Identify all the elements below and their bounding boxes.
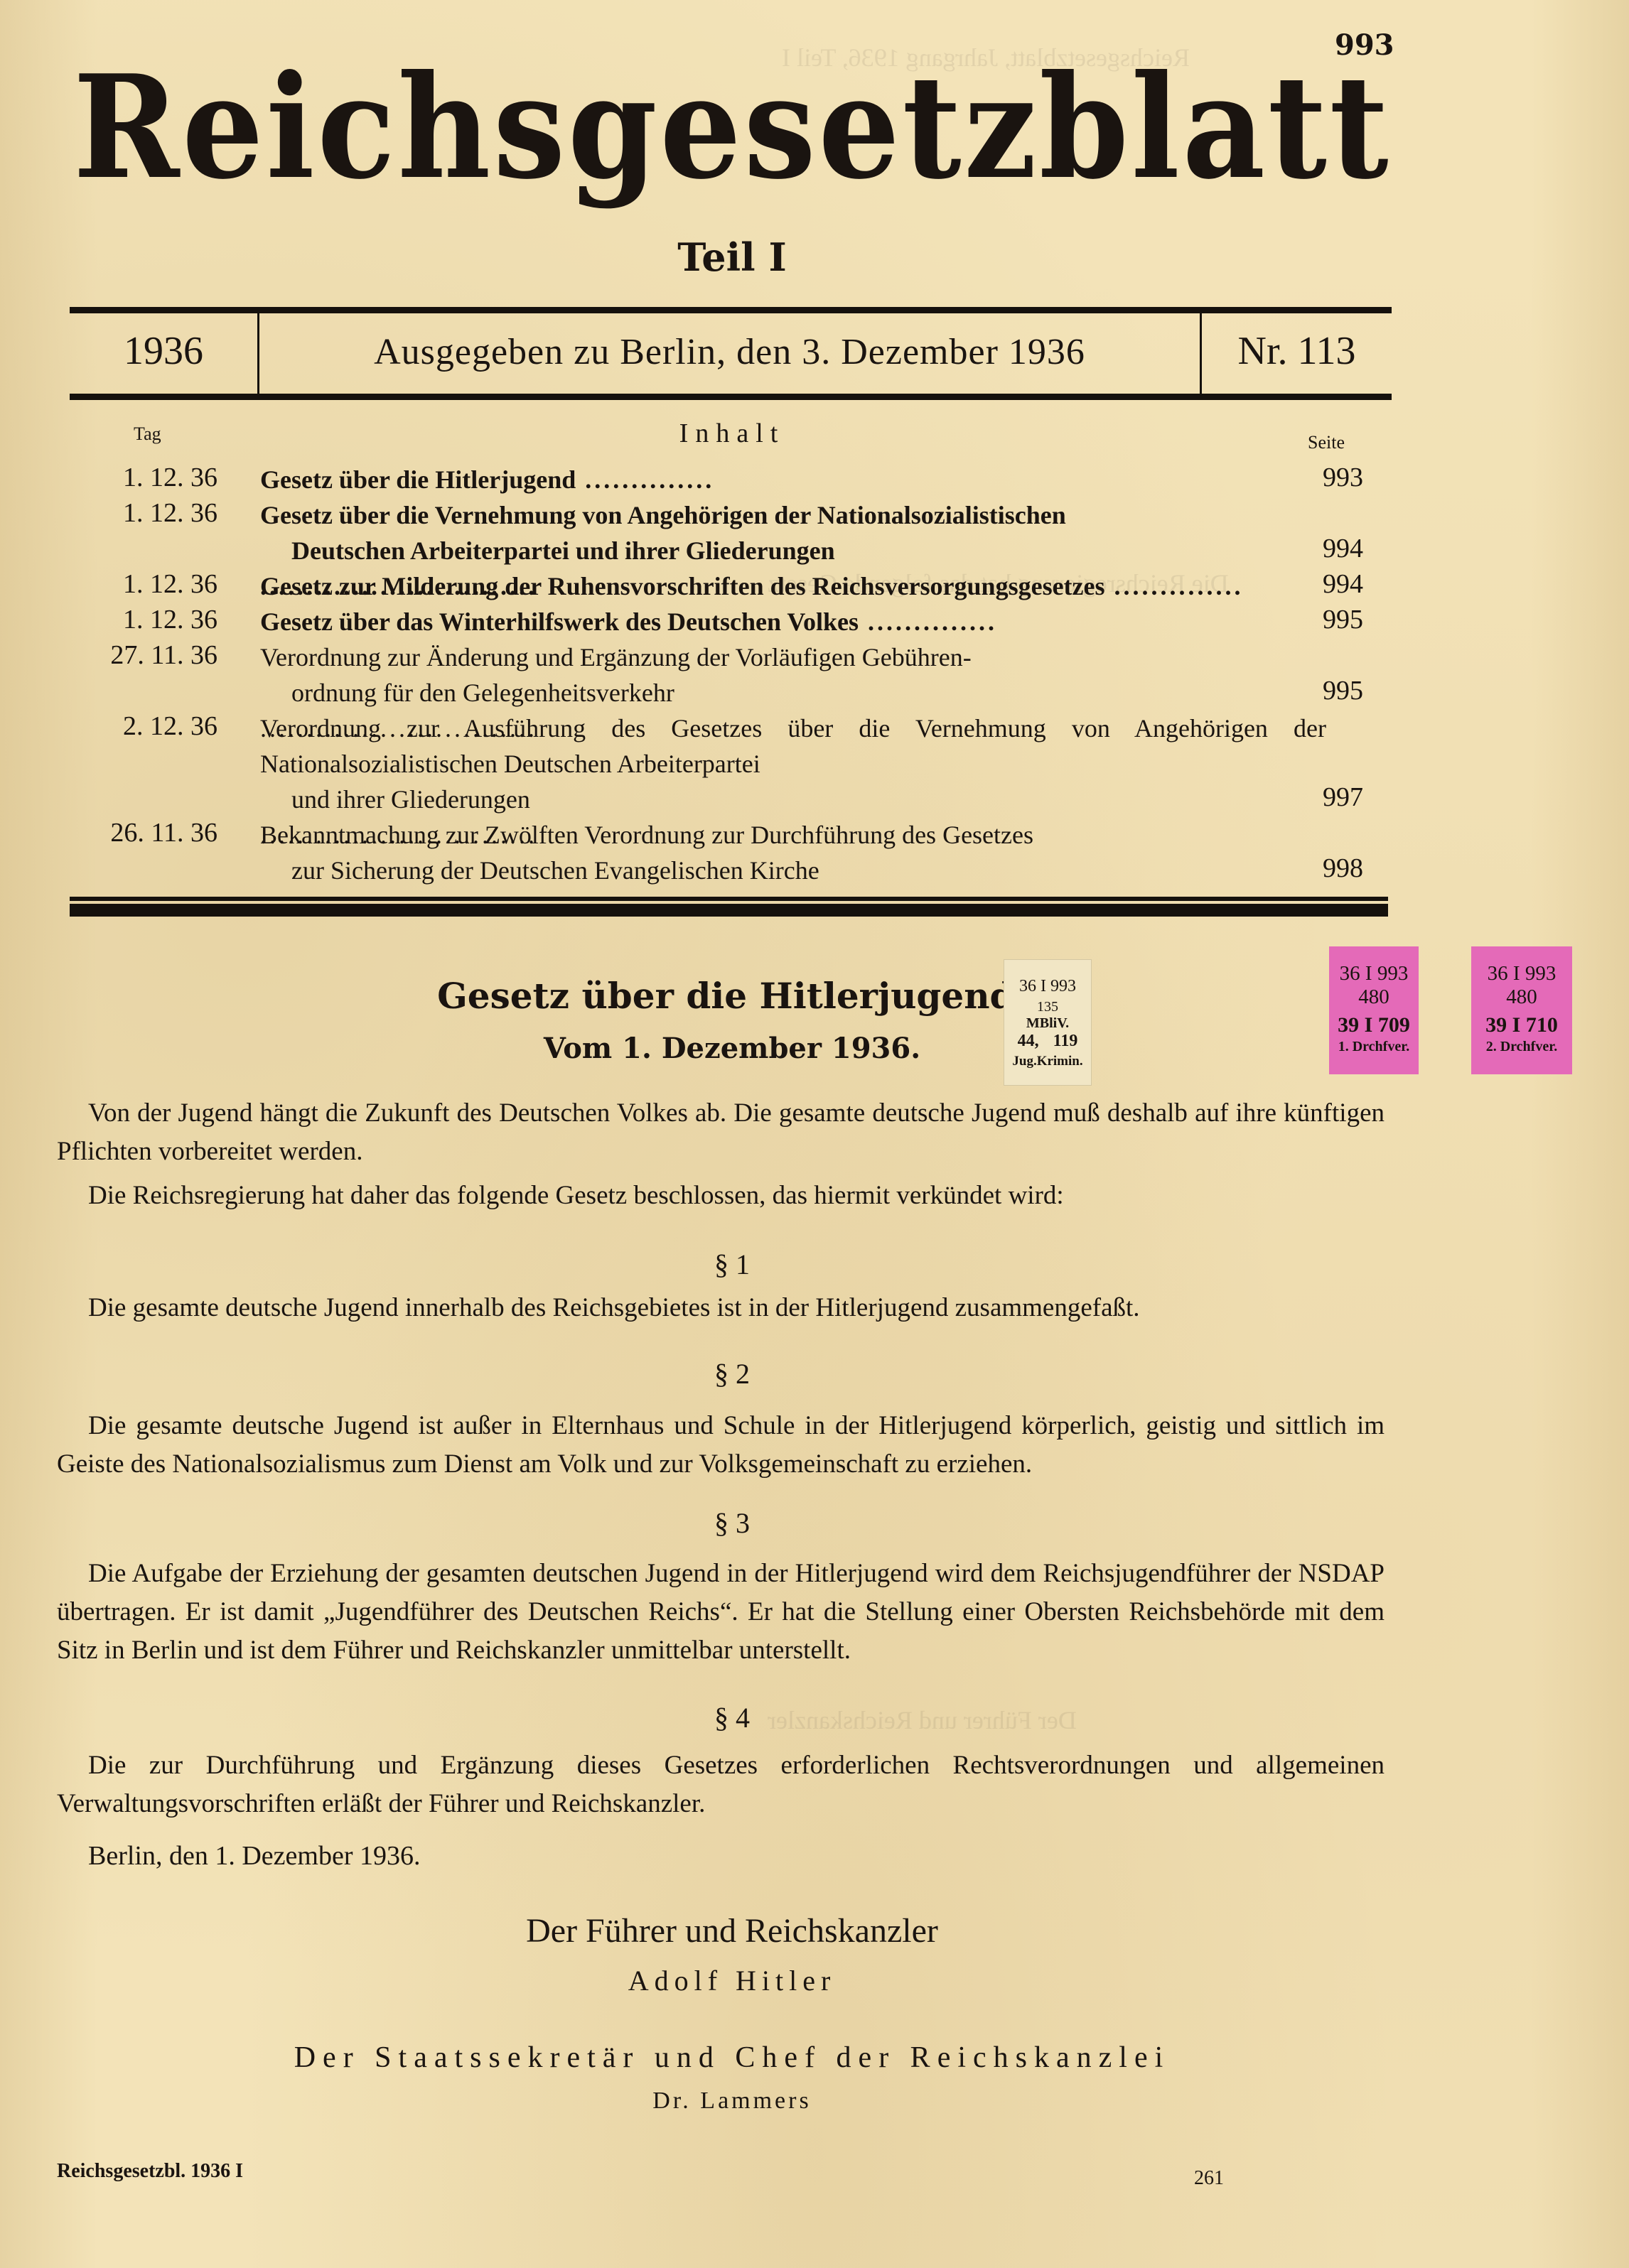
toc-entry-title-continuation: ordnung für den Gelegenheitsverkehr bbox=[260, 675, 1326, 711]
preamble-paragraph: Von der Jugend hängt die Zukunft des Deu… bbox=[57, 1094, 1385, 1171]
toc-entry-date: 1. 12. 36 bbox=[70, 568, 217, 600]
toc-entry-title: Gesetz über das Winterhilfswerk des Deut… bbox=[260, 604, 1326, 639]
stamp-line: MBliV. bbox=[1004, 1015, 1091, 1032]
section-text: Die zur Durchführung und Ergänzung diese… bbox=[57, 1746, 1385, 1823]
law-date: Vom 1. Dezember 1936. bbox=[0, 1032, 1464, 1065]
toc-entry-title: Gesetz zur Milderung der Ruhensvorschrif… bbox=[260, 568, 1326, 604]
separator-thick-rule bbox=[70, 904, 1388, 917]
toc-entry-page: 995 bbox=[1285, 604, 1363, 635]
toc-entry-title-text: Verordnung zur Änderung und Ergänzung de… bbox=[260, 643, 972, 671]
toc-entry-page: 995 bbox=[1285, 675, 1363, 706]
section-sign: § 2 bbox=[0, 1357, 1464, 1390]
issue-number: Nr. 113 bbox=[1202, 328, 1392, 374]
stamp-line: 39 I 710 bbox=[1471, 1013, 1572, 1037]
section-sign: § 1 bbox=[0, 1248, 1464, 1281]
toc-entry-title-continuation: Deutschen Arbeiterpartei und ihrer Glied… bbox=[260, 533, 1326, 568]
law-title: Gesetz über die Hitlerjugend. bbox=[0, 975, 1464, 1017]
signoff-place-date: Berlin, den 1. Dezember 1936. bbox=[88, 1840, 420, 1872]
toc-entry: 1. 12. 36Gesetz über die Vernehmung von … bbox=[70, 497, 1363, 568]
toc-entry: 2. 12. 36Verordnung zur Ausführung des G… bbox=[70, 711, 1363, 817]
preamble-paragraph: Die Reichsregierung hat daher das folgen… bbox=[57, 1177, 1385, 1215]
issue-date: Ausgegeben zu Berlin, den 3. Dezember 19… bbox=[259, 331, 1200, 373]
toc-entry: 1. 12. 36Gesetz über das Winterhilfswerk… bbox=[70, 604, 1363, 639]
toc-entry: 1. 12. 36Gesetz über die Hitlerjugend ..… bbox=[70, 462, 1363, 497]
toc-entry-page: 997 bbox=[1285, 782, 1363, 813]
stamp-line: 2. Drchfver. bbox=[1471, 1039, 1572, 1055]
toc-entry-title-text: Gesetz zur Milderung der Ruhensvorschrif… bbox=[260, 572, 1105, 600]
toc-header-content: Inhalt bbox=[0, 418, 1464, 449]
toc-leader-dots: .............. bbox=[1105, 572, 1244, 600]
issue-rule-bottom bbox=[70, 394, 1392, 400]
separator-thin-rule bbox=[70, 897, 1388, 901]
issue-year: 1936 bbox=[70, 328, 257, 374]
stamp-line: 36 I 993 bbox=[1471, 962, 1572, 985]
section-text: Die gesamte deutsche Jugend ist außer in… bbox=[57, 1407, 1385, 1484]
stamp-line: 39 I 709 bbox=[1329, 1013, 1419, 1037]
toc-entry-title-text: Verordnung zur Ausführung des Gesetzes ü… bbox=[260, 714, 1326, 778]
toc-entry-date: 1. 12. 36 bbox=[70, 462, 217, 493]
toc-entry-page: 994 bbox=[1285, 533, 1363, 564]
stamp-line: 480 bbox=[1329, 985, 1419, 1009]
section-text: Die Aufgabe der Erziehung der gesamten d… bbox=[57, 1555, 1385, 1670]
toc-leader-dots: .............. bbox=[576, 465, 714, 494]
section-sign: § 4 bbox=[0, 1701, 1464, 1734]
toc-entry: 26. 11. 36Bekanntmachung zur Zwölften Ve… bbox=[70, 817, 1363, 888]
stamp-line: Jug.Krimin. bbox=[1004, 1054, 1091, 1069]
section-text: Die gesamte deutsche Jugend innerhalb de… bbox=[57, 1289, 1385, 1327]
masthead-title: Reichsgesetzblatt bbox=[73, 43, 1391, 213]
toc-entry-title-continuation: zur Sicherung der Deutschen Evangelische… bbox=[260, 853, 1326, 888]
toc-entry-page: 993 bbox=[1285, 462, 1363, 493]
toc-entry-date: 1. 12. 36 bbox=[70, 604, 217, 635]
toc-entry: 27. 11. 36Verordnung zur Änderung und Er… bbox=[70, 639, 1363, 711]
masthead-part: Teil I bbox=[0, 234, 1464, 280]
signatory-title: Der Staatssekretär und Chef der Reichska… bbox=[0, 2041, 1464, 2075]
issue-rule-top bbox=[70, 307, 1392, 313]
stamp-line: 36 I 993 bbox=[1329, 962, 1419, 985]
toc-entry-page: 998 bbox=[1285, 853, 1363, 884]
toc-leader-dots: .............. bbox=[859, 607, 997, 636]
signatory-name: Adolf Hitler bbox=[0, 1964, 1464, 1997]
stamp-line: 44, 119 bbox=[1004, 1032, 1091, 1051]
toc-entry: 1. 12. 36Gesetz zur Milderung der Ruhens… bbox=[70, 568, 1363, 604]
stamp-line: 480 bbox=[1471, 985, 1572, 1009]
section-sign: § 3 bbox=[0, 1506, 1464, 1540]
toc-entry-date: 2. 12. 36 bbox=[70, 711, 217, 742]
toc-entry-title-text: Bekanntmachung zur Zwölften Verordnung z… bbox=[260, 821, 1033, 849]
signatory-name: Dr. Lammers bbox=[0, 2088, 1464, 2115]
stamp-line: 1. Drchfver. bbox=[1329, 1039, 1419, 1055]
toc-entry-title-text: Gesetz über die Hitlerjugend bbox=[260, 465, 576, 494]
toc-entry-title-continuation: und ihrer Gliederungen bbox=[260, 782, 1326, 817]
footer-source: Reichsgesetzbl. 1936 I bbox=[57, 2160, 243, 2183]
toc-entry-date: 26. 11. 36 bbox=[70, 817, 217, 848]
toc-entry-title: Gesetz über die Hitlerjugend ...........… bbox=[260, 462, 1326, 497]
signatory-title: Der Führer und Reichskanzler bbox=[0, 1911, 1464, 1950]
stamp-line: 36 I 993 bbox=[1004, 977, 1091, 996]
footer-sheet-number: 261 bbox=[1194, 2167, 1224, 2190]
stamp-line: 135 bbox=[1004, 999, 1091, 1015]
toc-entry-title-text: Gesetz über die Vernehmung von Angehörig… bbox=[260, 501, 1066, 529]
archive-stamp-pink-2: 36 I 993 480 39 I 710 2. Drchfver. bbox=[1471, 946, 1572, 1074]
archive-stamp-plain: 36 I 993 135 MBliV. 44, 119 Jug.Krimin. bbox=[1004, 959, 1092, 1086]
toc-entry-title-text: Gesetz über das Winterhilfswerk des Deut… bbox=[260, 607, 859, 636]
toc-header-page: Seite bbox=[1308, 432, 1345, 453]
toc-entry-page: 994 bbox=[1285, 568, 1363, 600]
toc-entry-date: 27. 11. 36 bbox=[70, 639, 217, 671]
toc-entry-date: 1. 12. 36 bbox=[70, 497, 217, 529]
archive-stamp-pink-1: 36 I 993 480 39 I 709 1. Drchfver. bbox=[1329, 946, 1419, 1074]
